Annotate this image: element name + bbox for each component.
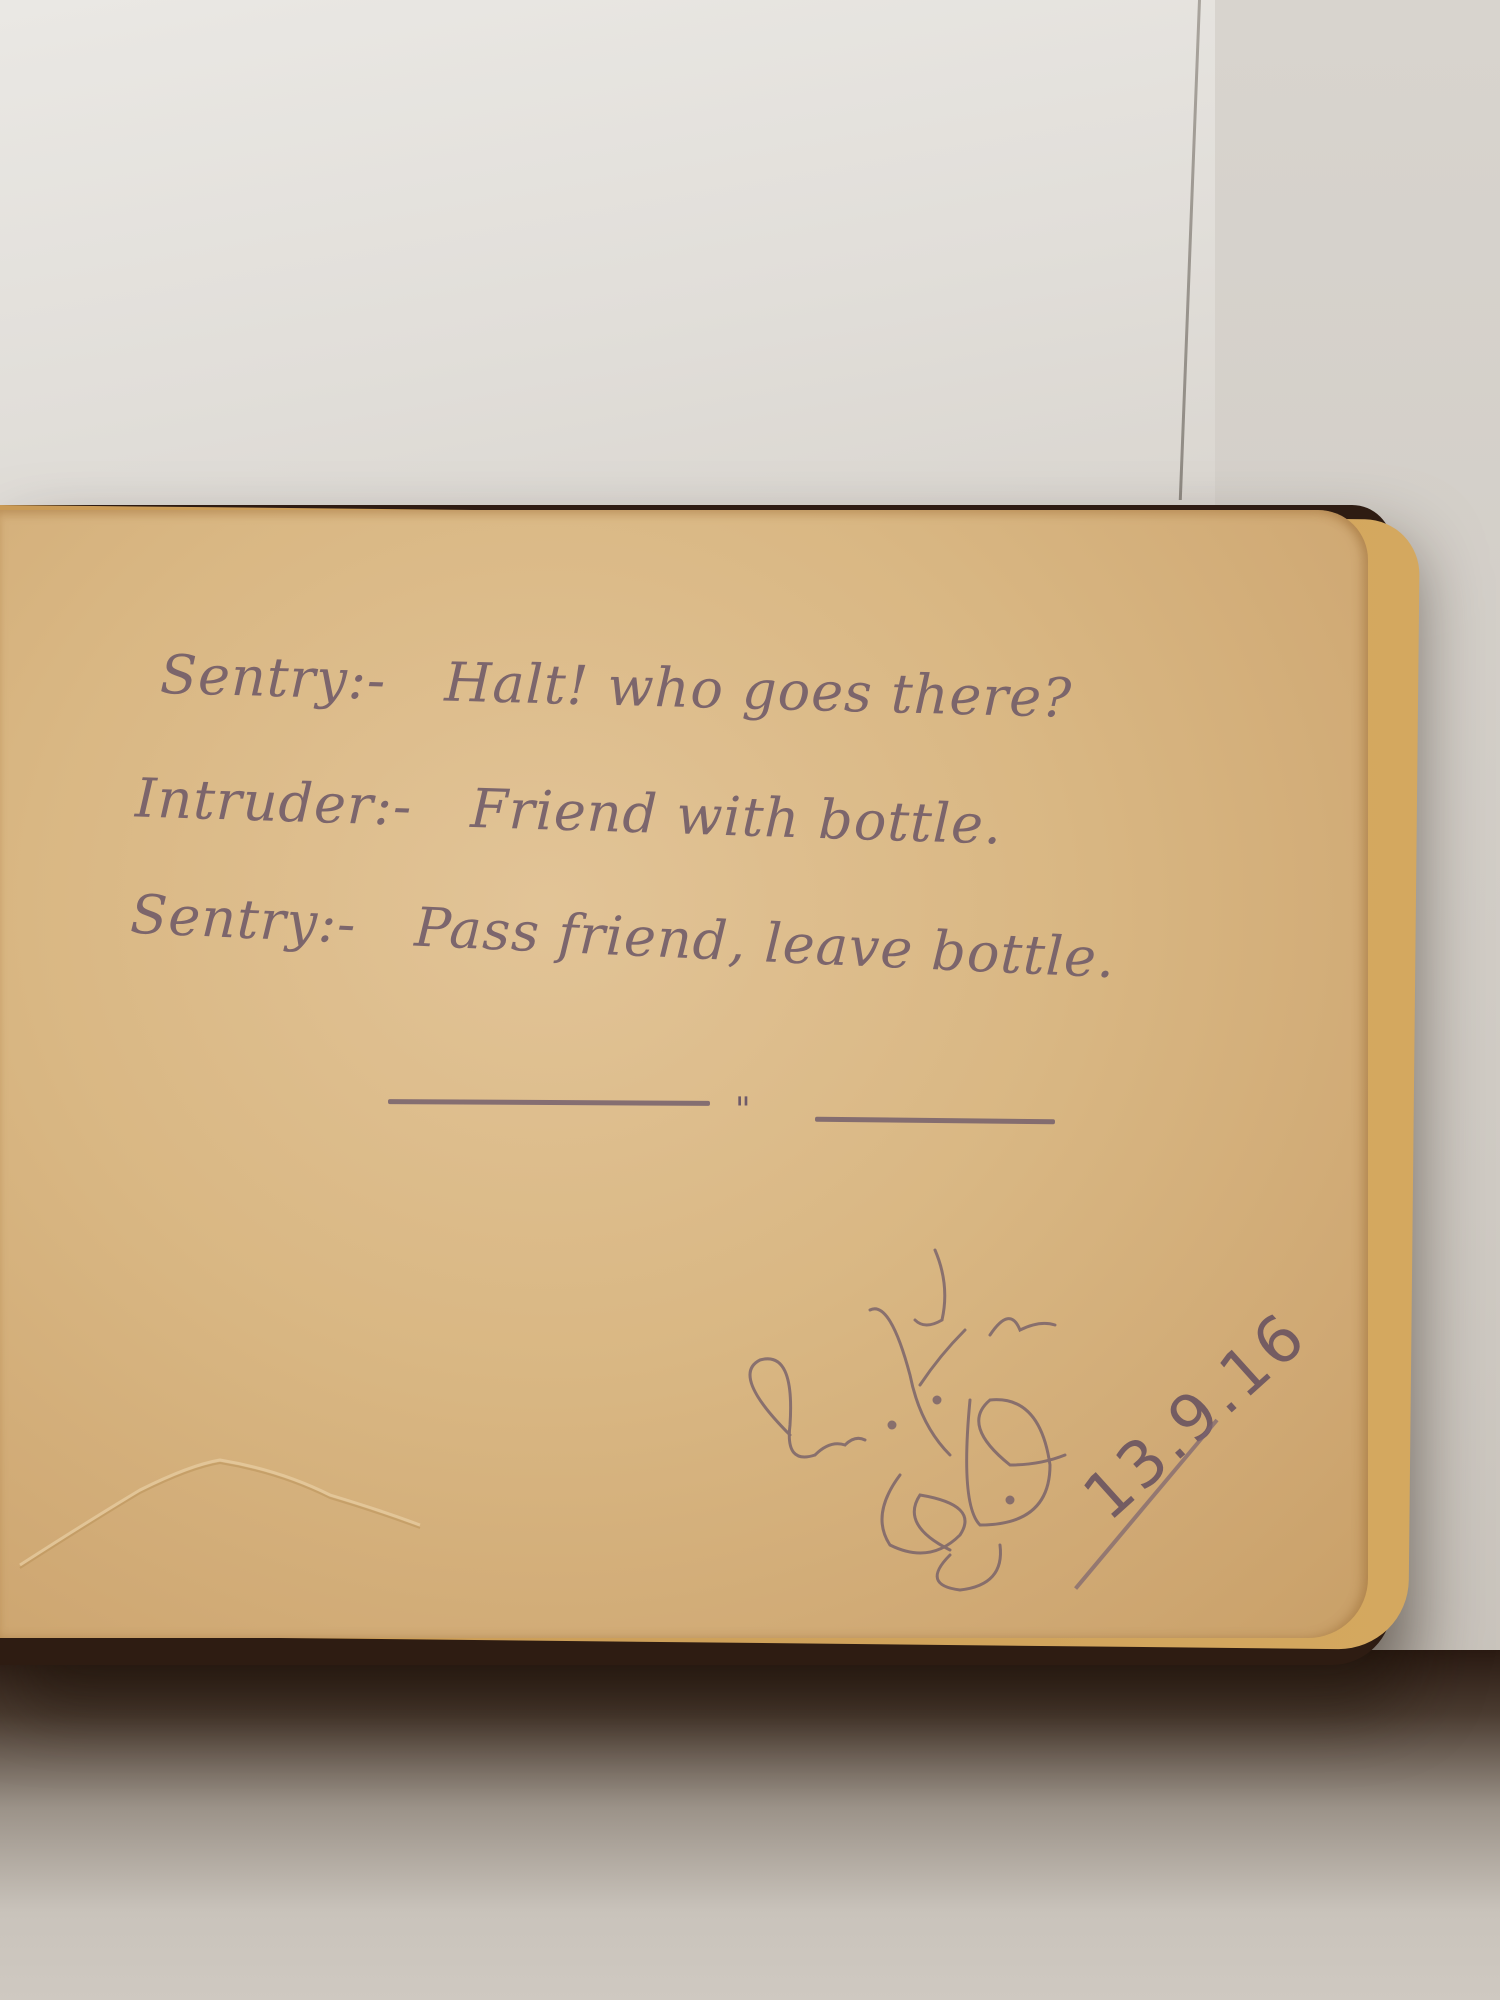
signature-flourish	[720, 1225, 1120, 1595]
shadow-under-book	[0, 1650, 1500, 2000]
page-crease	[0, 1440, 440, 1570]
background-paper-sheet	[0, 0, 1215, 505]
speaker-label: Sentry:-	[159, 643, 387, 712]
speaker-label: Sentry:-	[129, 883, 358, 956]
speaker-label: Intruder:-	[134, 766, 413, 838]
divider-ditto-mark: "	[735, 1090, 751, 1130]
